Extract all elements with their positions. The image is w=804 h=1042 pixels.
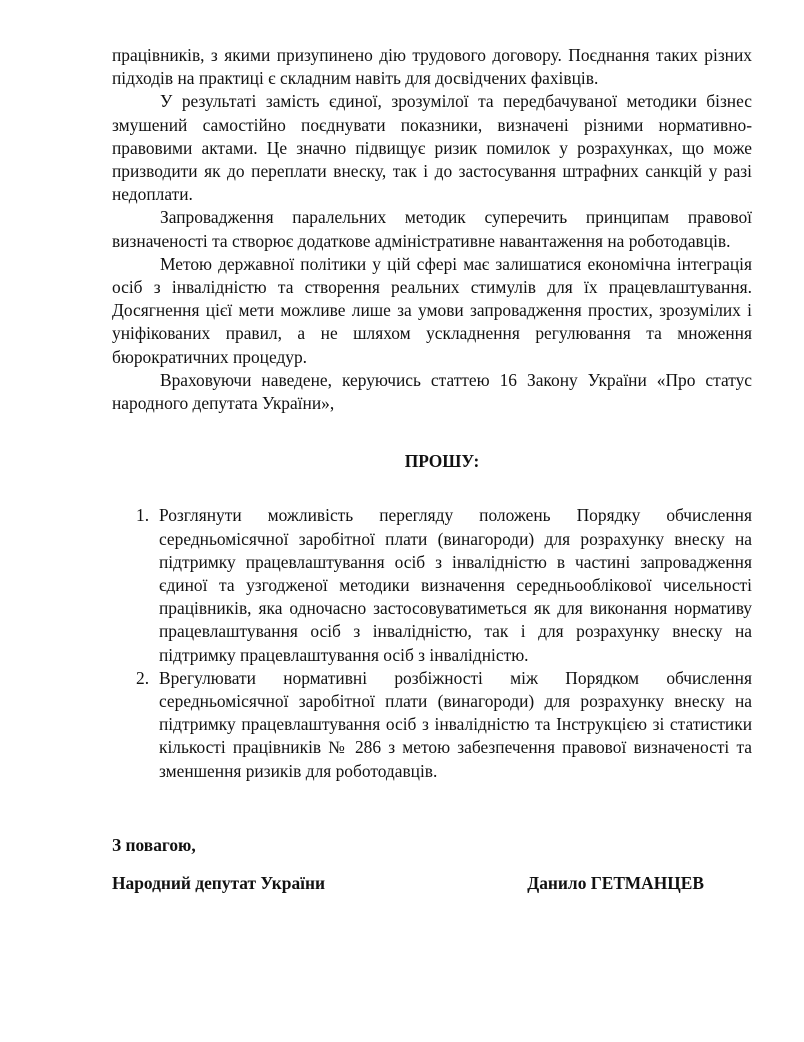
signature-row: Народний депутат України Данило ГЕТМАНЦЕ… [112, 872, 752, 895]
request-item: 1. Розглянути можливість перегляду полож… [112, 504, 752, 666]
signatory-name: Данило ГЕТМАНЦЕВ [527, 872, 704, 895]
paragraph: Враховуючи наведене, керуючись статтею 1… [112, 369, 752, 415]
request-text: Врегулювати нормативні розбіжності між П… [159, 668, 752, 781]
request-number: 2. [136, 667, 149, 690]
request-item: 2. Врегулювати нормативні розбіжності мі… [112, 667, 752, 783]
document-page: працівників, з якими призупинено дію тру… [112, 44, 752, 895]
request-list: 1. Розглянути можливість перегляду полож… [112, 504, 752, 782]
paragraph: Запровадження паралельних методик супере… [112, 206, 752, 252]
closing: З повагою, [112, 834, 752, 857]
paragraph: У результаті замість єдиної, зрозумілої … [112, 90, 752, 206]
paragraph: Метою державної політики у цій сфері має… [112, 253, 752, 369]
request-heading: ПРОШУ: [112, 450, 752, 473]
signatory-title: Народний депутат України [112, 872, 325, 895]
request-text: Розглянути можливість перегляду положень… [159, 505, 752, 664]
request-number: 1. [136, 504, 149, 527]
paragraph-continuation: працівників, з якими призупинено дію тру… [112, 44, 752, 90]
